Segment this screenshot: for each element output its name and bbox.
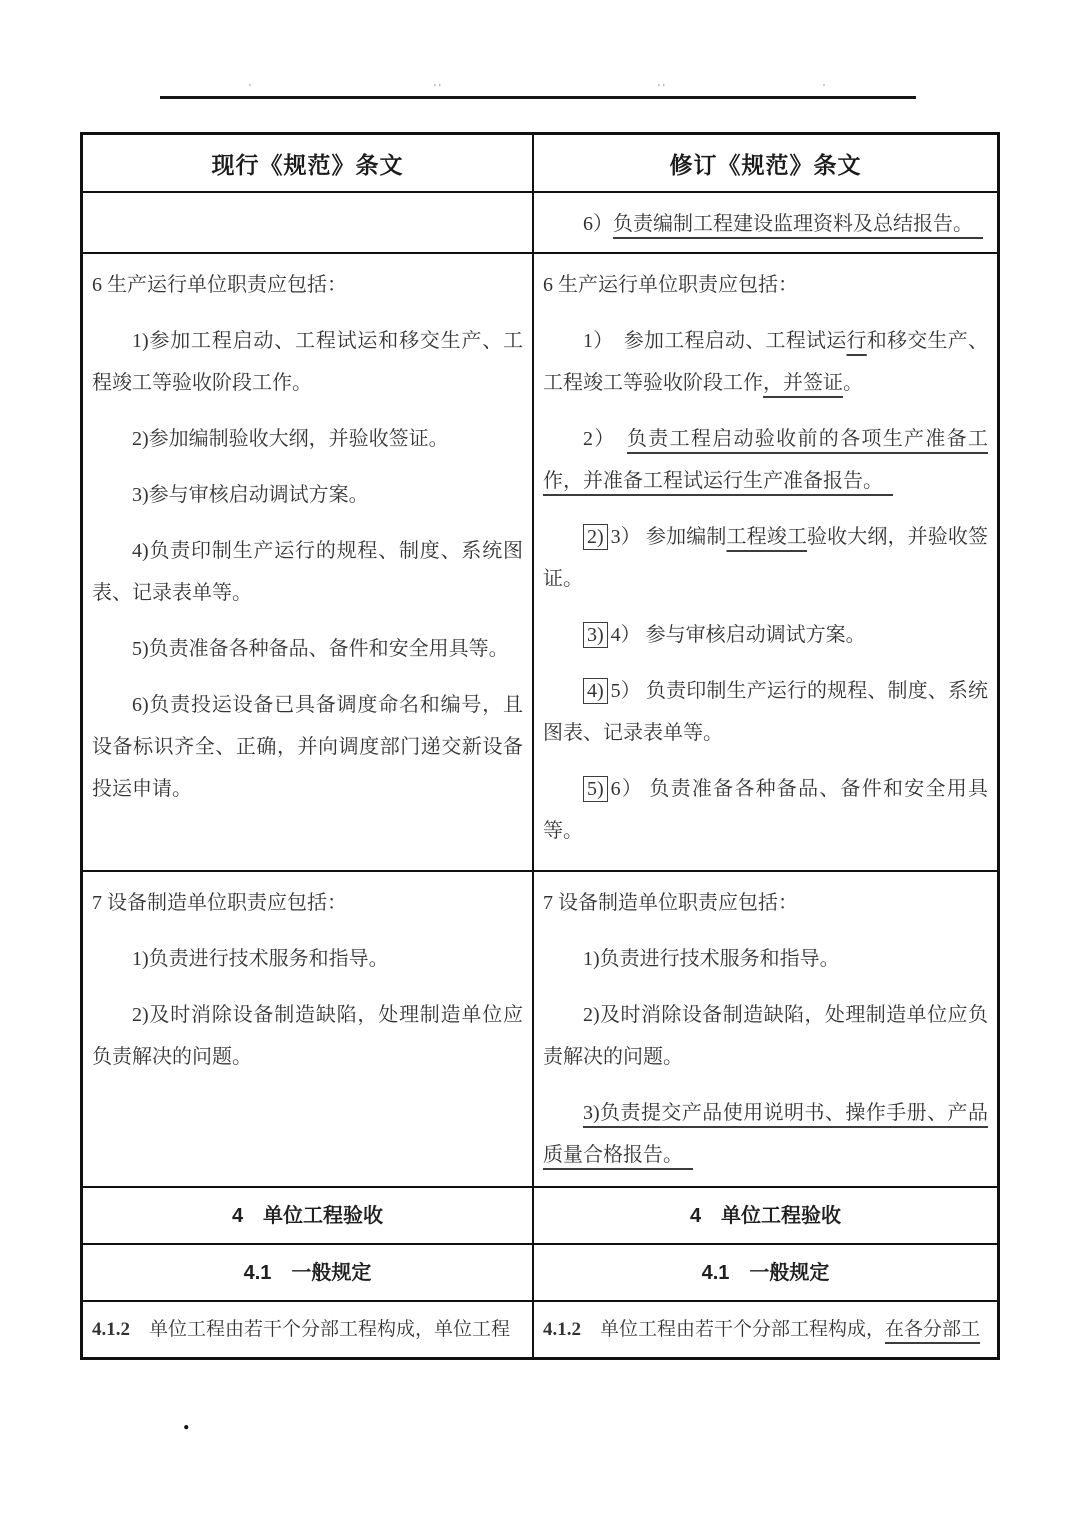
section-4-unit-project-acceptance-left-cell: 4 单位工程验收: [83, 1188, 534, 1243]
paragraph: 6)7） 负责投运设备已具备调度命名和编号，且设备标识齐全、正确，并向调度部门递…: [543, 866, 988, 870]
paragraph: 4 单位工程验收: [690, 1195, 841, 1237]
paragraph: 6）负责编制工程建设监理资料及总结报告。: [543, 203, 988, 245]
paragraph: 4.1 一般规定: [702, 1252, 830, 1294]
faded-header-mark: '': [658, 83, 668, 94]
equipment-manufacturer-duties-left-cell: 7 设备制造单位职责应包括：1)负责进行技术服务和指导。2)及时消除设备制造缺陷…: [83, 872, 534, 1186]
stray-period-mark: .: [183, 1406, 190, 1436]
paragraph: 4.1.2 单位工程由若干个分部工程构成，在各分部工: [543, 1309, 980, 1351]
table-header-row: 现行《规范》条文 修订《规范》条文: [83, 135, 997, 193]
paragraph: 2)及时消除设备制造缺陷，处理制造单位应负责解决的问题。: [543, 994, 988, 1078]
paragraph: 6 生产运行单位职责应包括：: [92, 264, 523, 306]
faded-header-mark: ': [249, 83, 254, 94]
text-run: 5） 负责印制生产运行的规程、制度、系统图表、记录表单等。: [543, 680, 988, 744]
faded-header-mark: ': [823, 83, 828, 94]
text-run: 7 设备制造单位职责应包括：: [543, 892, 798, 914]
spec-comparison-table: 现行《规范》条文 修订《规范》条文 6）负责编制工程建设监理资料及总结报告。 6…: [80, 132, 1000, 1360]
section-4-unit-project-acceptance-right-cell: 4 单位工程验收: [534, 1188, 997, 1243]
section-4-1-general-provisions-right-cell: 4.1 一般规定: [534, 1245, 997, 1300]
text-run: 4.1 一般规定: [702, 1262, 830, 1284]
supervision-report-item-right-cell: 6）负责编制工程建设监理资料及总结报告。: [534, 193, 997, 252]
revision-underlined-text: 3)负责提交产品使用说明书、操作手册、产品质量合格报告。: [543, 1102, 988, 1166]
text-run: 1） 参加工程启动、工程试运: [583, 330, 847, 352]
paragraph: 1） 参加工程启动、工程试运行和移交生产、工程竣工等验收阶段工作，并签证。: [543, 320, 988, 404]
revision-underlined-text: 负责编制工程建设监理资料及总结报告。: [613, 213, 983, 235]
text-run: 3)参与审核启动调试方案。: [132, 484, 369, 506]
paragraph: 2)及时消除设备制造缺陷，处理制造单位应负责解决的问题。: [92, 994, 523, 1078]
text-run: 6 生产运行单位职责应包括：: [92, 274, 347, 296]
equipment-manufacturer-duties-right-cell: 7 设备制造单位职责应包括：1)负责进行技术服务和指导。2)及时消除设备制造缺陷…: [534, 872, 997, 1186]
paragraph: 3)4） 参与审核启动调试方案。: [543, 614, 988, 656]
text-run: 4.1.2: [543, 1319, 581, 1340]
table-row-clause-4-1-2: 4.1.2 单位工程由若干个分部工程构成，单位工程4.1.2 单位工程由若干个分…: [83, 1302, 997, 1357]
text-run: 4)负责印制生产运行的规程、制度、系统图表、记录表单等。: [92, 540, 523, 604]
clause-4-1-2-left-cell: 4.1.2 单位工程由若干个分部工程构成，单位工程: [83, 1302, 534, 1357]
text-run: 单位工程由若干个分部工程构成，单位工程: [130, 1319, 510, 1340]
deleted-number-box: 5): [583, 776, 608, 802]
paragraph: 7 设备制造单位职责应包括：: [543, 882, 988, 924]
paragraph: 3)负责提交产品使用说明书、操作手册、产品质量合格报告。: [543, 1092, 988, 1176]
paragraph: 6)负责投运设备已具备调度命名和编号，且设备标识齐全、正确，并向调度部门递交新设…: [92, 684, 523, 810]
text-run: 6)负责投运设备已具备调度命名和编号，且设备标识齐全、正确，并向调度部门递交新设…: [92, 694, 523, 800]
text-run: 4 单位工程验收: [690, 1205, 841, 1227]
text-run: 2）: [583, 428, 627, 450]
text-run: 4） 参与审核启动调试方案。: [611, 624, 866, 646]
text-run: 5)负责准备各种备品、备件和安全用具等。: [132, 638, 509, 660]
revision-underlined-text: 在各分部工: [885, 1319, 980, 1340]
text-run: 6 生产运行单位职责应包括：: [543, 274, 798, 296]
text-run: 1)参加工程启动、工程试运和移交生产、工程竣工等验收阶段工作。: [92, 330, 523, 394]
table-body: 6）负责编制工程建设监理资料及总结报告。 6 生产运行单位职责应包括：1)参加工…: [83, 193, 997, 1357]
paragraph: 5)负责准备各种备品、备件和安全用具等。: [92, 628, 523, 670]
production-operation-unit-duties-right-cell: 6 生产运行单位职责应包括：1） 参加工程启动、工程试运行和移交生产、工程竣工等…: [534, 254, 997, 870]
text-run: 2)及时消除设备制造缺陷，处理制造单位应负责解决的问题。: [543, 1004, 988, 1068]
text-run: 2)及时消除设备制造缺陷，处理制造单位应负责解决的问题。: [92, 1004, 523, 1068]
header-rule-line: [160, 96, 916, 99]
faded-header-mark: '': [434, 83, 444, 94]
text-run: 7 设备制造单位职责应包括：: [92, 892, 347, 914]
text-run: 1)负责进行技术服务和指导。: [132, 948, 389, 970]
clause-4-1-2-right-cell: 4.1.2 单位工程由若干个分部工程构成，在各分部工: [534, 1302, 997, 1357]
text-run: 6）: [583, 213, 613, 235]
text-run: 2)参加编制验收大纲，并验收签证。: [132, 428, 449, 450]
text-run: 4.1.2: [92, 1319, 130, 1340]
table-row-section-4-unit-project-acceptance: 4 单位工程验收4 单位工程验收: [83, 1188, 997, 1245]
table-row-production-operation-unit-duties: 6 生产运行单位职责应包括：1)参加工程启动、工程试运和移交生产、工程竣工等验收…: [83, 254, 997, 872]
paragraph: 4.1.2 单位工程由若干个分部工程构成，单位工程: [92, 1309, 510, 1351]
text-run: 1)负责进行技术服务和指导。: [583, 948, 840, 970]
table-row-equipment-manufacturer-duties: 7 设备制造单位职责应包括：1)负责进行技术服务和指导。2)及时消除设备制造缺陷…: [83, 872, 997, 1188]
text-run: 3） 参加编制: [611, 526, 727, 548]
paragraph: 2） 负责工程启动验收前的各项生产准备工作，并准备工程试运行生产准备报告。: [543, 418, 988, 502]
text-run: 单位工程由若干个分部工程构成，: [581, 1319, 885, 1340]
supervision-report-item-left-cell: [83, 193, 534, 252]
deleted-number-box: 3): [583, 622, 608, 648]
paragraph: 4.1 一般规定: [244, 1252, 372, 1294]
text-run: 4.1 一般规定: [244, 1262, 372, 1284]
paragraph: 7 设备制造单位职责应包括：: [92, 882, 523, 924]
deleted-number-box: 4): [583, 678, 608, 704]
paragraph: 1)负责进行技术服务和指导。: [92, 938, 523, 980]
paragraph: 2)参加编制验收大纲，并验收签证。: [92, 418, 523, 460]
current-spec-column-header: 现行《规范》条文: [83, 135, 534, 191]
paragraph: 2)3） 参加编制工程竣工验收大纲，并验收签证。: [543, 516, 988, 600]
text-run: 。: [843, 372, 863, 394]
paragraph: 6 生产运行单位职责应包括：: [543, 264, 988, 306]
deleted-number-box: 2): [583, 524, 608, 550]
paragraph: 3)参与审核启动调试方案。: [92, 474, 523, 516]
paragraph: 1)负责进行技术服务和指导。: [543, 938, 988, 980]
paragraph: 5)6） 负责准备各种备品、备件和安全用具等。: [543, 768, 988, 852]
text-run: 6） 负责准备各种备品、备件和安全用具等。: [543, 778, 988, 842]
production-operation-unit-duties-left-cell: 6 生产运行单位职责应包括：1)参加工程启动、工程试运和移交生产、工程竣工等验收…: [83, 254, 534, 870]
revision-underlined-text: 工程竣工: [727, 526, 808, 548]
section-4-1-general-provisions-left-cell: 4.1 一般规定: [83, 1245, 534, 1300]
paragraph: 1)参加工程启动、工程试运和移交生产、工程竣工等验收阶段工作。: [92, 320, 523, 404]
revision-underlined-text: 行: [847, 330, 867, 352]
paragraph: 4)负责印制生产运行的规程、制度、系统图表、记录表单等。: [92, 530, 523, 614]
table-row-supervision-report-item: 6）负责编制工程建设监理资料及总结报告。: [83, 193, 997, 254]
paragraph: 4)5） 负责印制生产运行的规程、制度、系统图表、记录表单等。: [543, 670, 988, 754]
text-run: 4 单位工程验收: [232, 1205, 383, 1227]
revision-underlined-text: ，并签证: [763, 372, 843, 394]
paragraph: 4 单位工程验收: [232, 1195, 383, 1237]
table-row-section-4-1-general-provisions: 4.1 一般规定4.1 一般规定: [83, 1245, 997, 1302]
revised-spec-column-header: 修订《规范》条文: [534, 135, 997, 191]
document-page: { "page": { "top_marks": ["'", "''", "''…: [0, 0, 1080, 1528]
